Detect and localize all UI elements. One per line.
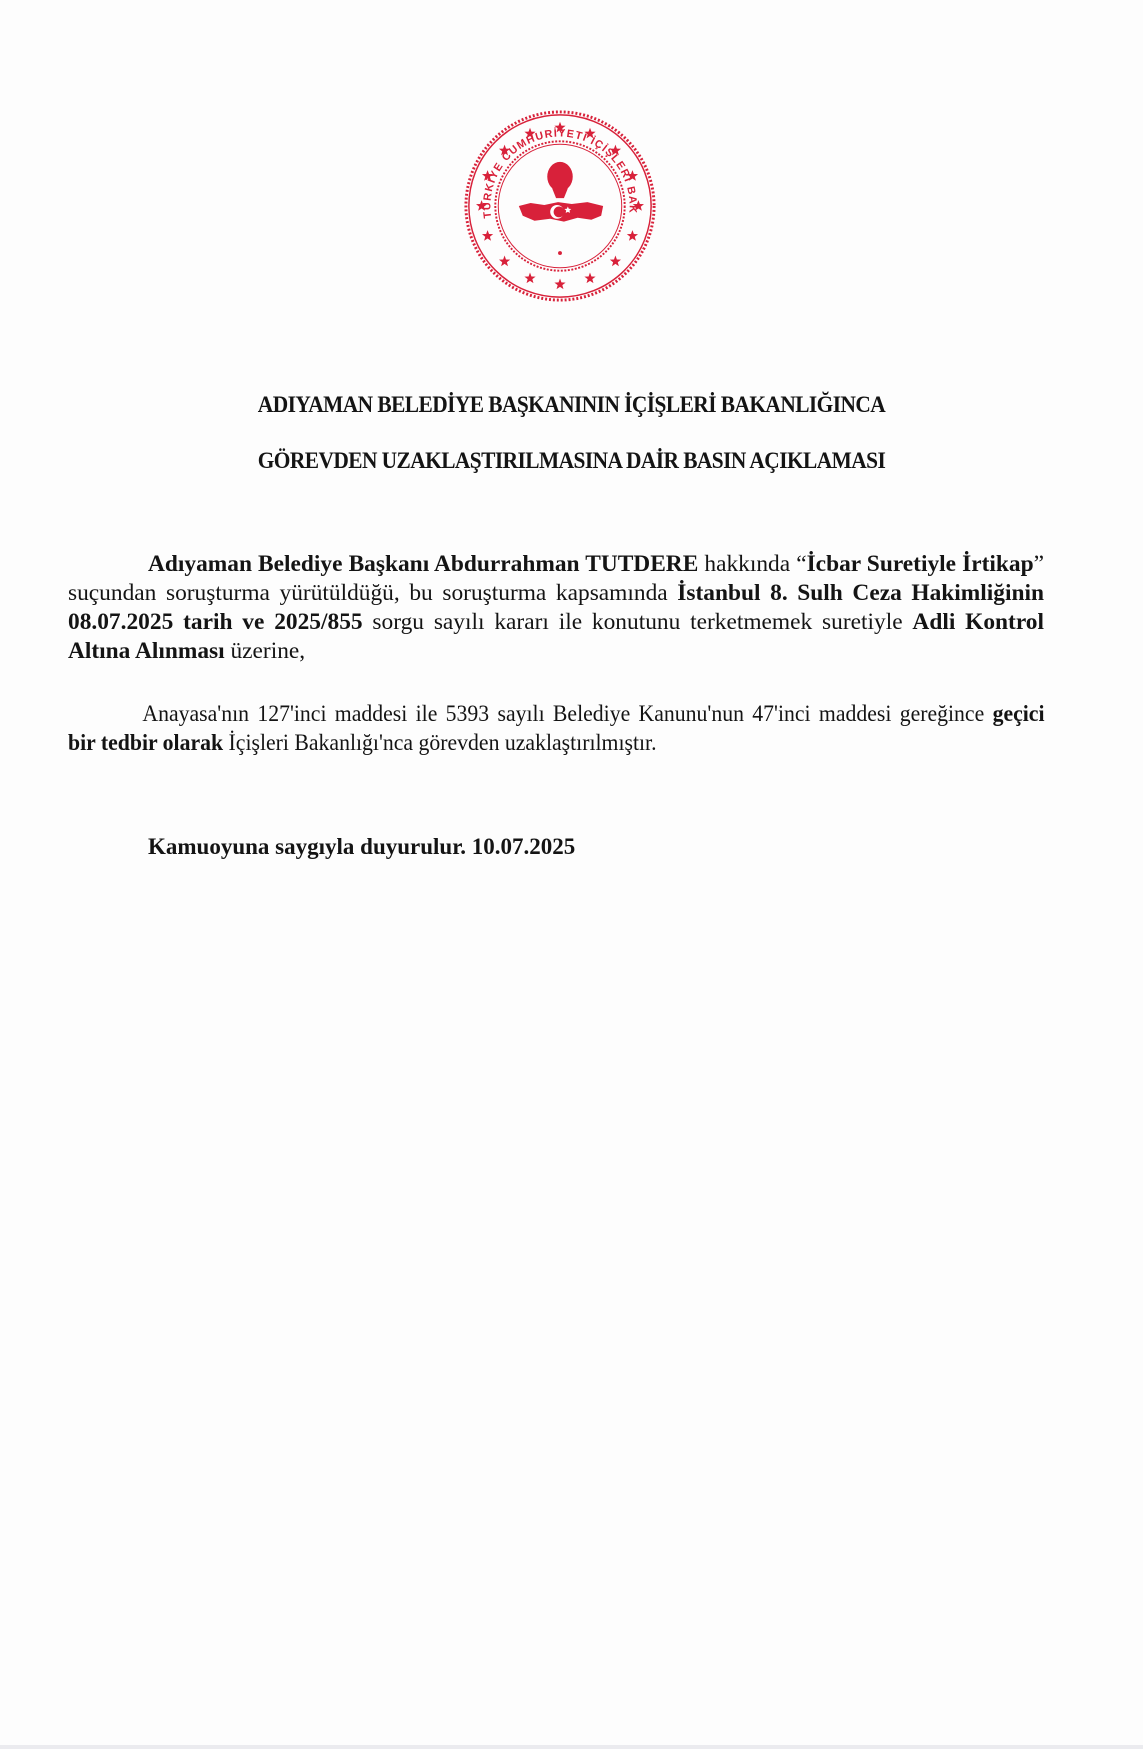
- svg-text:TÜRKİYE CUMHURİYETİ İÇİŞLERİ B: TÜRKİYE CUMHURİYETİ İÇİŞLERİ BAKANLIĞI: [462, 108, 639, 219]
- mayor-name: Adıyaman Belediye Başkanı Abdurrahman TU…: [148, 551, 698, 577]
- title-line-2: GÖREVDEN UZAKLAŞTIRILMASINA DAİR BASIN A…: [40, 448, 1103, 474]
- closing-statement: Kamuoyuna saygıyla duyurulur. 10.07.2025: [148, 834, 575, 860]
- page-bottom-edge: [0, 1745, 1143, 1749]
- ministry-seal-logo: TÜRKİYE CUMHURİYETİ İÇİŞLERİ BAKANLIĞI: [462, 108, 658, 304]
- seal-ring-text: TÜRKİYE CUMHURİYETİ İÇİŞLERİ BAKANLIĞI: [462, 108, 639, 219]
- title-line-1: ADIYAMAN BELEDİYE BAŞKANININ İÇİŞLERİ BA…: [40, 392, 1103, 418]
- paragraph-1: Adıyaman Belediye Başkanı Abdurrahman TU…: [68, 550, 1044, 666]
- charge: İcbar Suretiyle İrtikap: [807, 551, 1034, 577]
- document-page: TÜRKİYE CUMHURİYETİ İÇİŞLERİ BAKANLIĞI A…: [0, 0, 1143, 1749]
- paragraph-2: Anayasa'nın 127'inci maddesi ile 5393 sa…: [68, 700, 1045, 758]
